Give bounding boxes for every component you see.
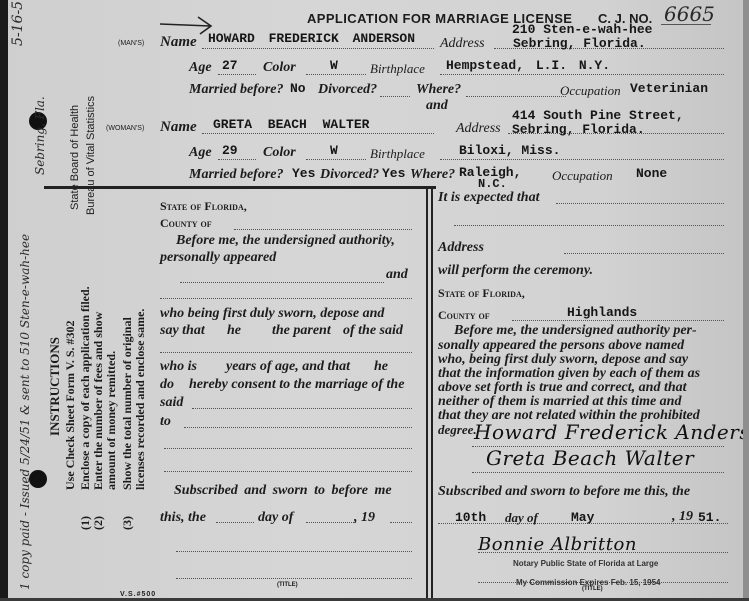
- consent-box-inner-rule: [426, 188, 428, 601]
- man-tag: (MAN'S): [118, 40, 144, 47]
- ceremony-year: 51.: [698, 510, 721, 525]
- and-connector: and: [426, 98, 448, 114]
- instruction-2-num: (2): [91, 516, 106, 530]
- man-birthplace: Hempstead, L.I. N.Y.: [446, 58, 610, 73]
- agency-state-board: State Board of Health: [69, 105, 81, 210]
- man-address-line1: 210 Sten-e-wah-hee: [512, 22, 652, 37]
- ceremony-title-label: (TITLE): [582, 586, 603, 592]
- consent-box-outer-rule: [431, 188, 433, 601]
- consent-p5b: years of age, and that: [226, 359, 350, 375]
- consent-county-label: County of: [160, 216, 212, 231]
- consent-and: and: [386, 267, 408, 283]
- consent-year-prefix: , 19: [354, 510, 375, 526]
- woman-birthplace-label: Birthplace: [370, 146, 425, 162]
- ceremony-day: 10th: [455, 510, 486, 525]
- consent-p5-he: he: [374, 359, 388, 375]
- man-color: W: [330, 58, 338, 73]
- consent-p6b: hereby consent to the marriage of the: [189, 377, 404, 393]
- instructions-intro: Use Check Sheet Form V. S. #302: [63, 320, 78, 490]
- woman-age-label: Age: [189, 145, 212, 161]
- cj-number-value: 6665: [664, 2, 715, 26]
- ceremony-month: May: [571, 510, 594, 525]
- ceremony-subscribed: Subscribed and sworn to before me this, …: [438, 484, 690, 500]
- consent-p4a: say that: [160, 323, 205, 339]
- woman-name: GRETA BEACH WALTER: [213, 117, 369, 132]
- woman-address-label: Address: [456, 121, 501, 137]
- oath-degree: degree.: [438, 422, 477, 438]
- ceremony-expected: It is expected that: [438, 190, 540, 206]
- woman-occupation: None: [636, 166, 667, 181]
- man-married-before-label: Married before?: [189, 82, 284, 98]
- man-address-label: Address: [440, 36, 485, 52]
- woman-age: 29: [222, 143, 238, 158]
- handwritten-date: 5-16-51.: [10, 0, 26, 46]
- man-address-line2: Sebring, Florida.: [513, 36, 646, 51]
- woman-divorced-label: Divorced?: [320, 167, 379, 183]
- man-birthplace-label: Birthplace: [370, 61, 425, 77]
- man-where-label: Where?: [416, 82, 461, 98]
- man-divorced-label: Divorced?: [318, 82, 377, 98]
- consent-to: to: [160, 414, 171, 430]
- woman-married-before-label: Married before?: [189, 167, 284, 183]
- consent-day-of: day of: [258, 510, 293, 526]
- oath-line-1: Before me, the undersigned authority per…: [454, 323, 697, 339]
- consent-p6a: do: [160, 377, 174, 393]
- ceremony-year-prefix: , 19: [672, 509, 693, 525]
- consent-p3: who being first duly sworn, depose and: [160, 306, 384, 322]
- consent-box-top-rule: [44, 186, 436, 189]
- form-number: V.S.#500: [120, 591, 156, 598]
- man-married-before: No: [290, 81, 306, 96]
- man-age-label: Age: [189, 60, 212, 76]
- woman-married-before: Yes: [292, 166, 315, 181]
- woman-color-label: Color: [263, 145, 296, 161]
- ceremony-county-label: County of: [438, 308, 490, 323]
- ceremony-county: Highlands: [567, 305, 637, 320]
- woman-name-label: Name: [160, 119, 197, 136]
- instructions-title: INSTRUCTIONS: [47, 337, 63, 436]
- signature-woman: Greta Beach Walter: [486, 446, 694, 470]
- agency-bureau: Bureau of Vital Statistics: [85, 96, 97, 215]
- woman-where-line2: N.C.: [478, 177, 507, 191]
- consent-title-label: (TITLE): [277, 582, 298, 588]
- woman-address-line1: 414 South Pine Street,: [512, 108, 684, 123]
- man-name-label: Name: [160, 34, 197, 51]
- instruction-3-text-2: licenses recorded and enclose same.: [133, 309, 148, 490]
- woman-birthplace: Biloxi, Miss.: [459, 143, 560, 158]
- consent-subscribed: Subscribed and sworn to before me: [174, 483, 392, 499]
- woman-address-line2: Sebring, Florida.: [512, 122, 645, 137]
- notary-line1: Notary Public State of Florida at Large: [513, 559, 658, 568]
- signature-man: Howard Frederick Anderson: [474, 420, 749, 444]
- consent-this-the: this, the: [160, 510, 206, 526]
- consent-p4c: of the said: [343, 323, 403, 339]
- handwritten-note-line1: 1 copy paid - Issued 5/24/51 & sent to 5…: [18, 234, 32, 590]
- consent-said: said: [160, 395, 183, 411]
- woman-divorced: Yes: [382, 166, 405, 181]
- man-color-label: Color: [263, 60, 296, 76]
- consent-p4-he: he: [227, 323, 241, 339]
- scan-edge-right: [743, 0, 749, 601]
- ceremony-state: State of Florida,: [438, 286, 525, 301]
- ceremony-day-of: day of: [505, 510, 538, 526]
- woman-tag: (WOMAN'S): [106, 125, 144, 132]
- consent-p4b: the parent: [272, 323, 331, 339]
- man-occupation: Veterinian: [630, 81, 708, 96]
- man-age: 27: [222, 58, 238, 73]
- consent-p2: personally appeared: [160, 250, 276, 266]
- instruction-3-num: (3): [120, 516, 135, 530]
- consent-p1: Before me, the undersigned authority,: [176, 233, 395, 249]
- ceremony-address-label: Address: [438, 240, 484, 256]
- instruction-2-text-2: amount of money remitted.: [104, 351, 119, 490]
- consent-state: State of Florida,: [160, 199, 247, 214]
- woman-where-label: Where?: [410, 167, 455, 183]
- woman-color: W: [330, 143, 338, 158]
- ceremony-perform: will perform the ceremony.: [438, 263, 593, 279]
- handwritten-note-line2: Sebring, Fla.: [33, 96, 47, 175]
- man-name: HOWARD FREDERICK ANDERSON: [208, 31, 415, 46]
- woman-occupation-label: Occupation: [552, 168, 613, 184]
- man-occupation-label: Occupation: [560, 83, 621, 99]
- marriage-license-form: APPLICATION FOR MARRIAGE LICENSE C. J. N…: [8, 0, 749, 601]
- consent-p5a: who is: [160, 359, 197, 375]
